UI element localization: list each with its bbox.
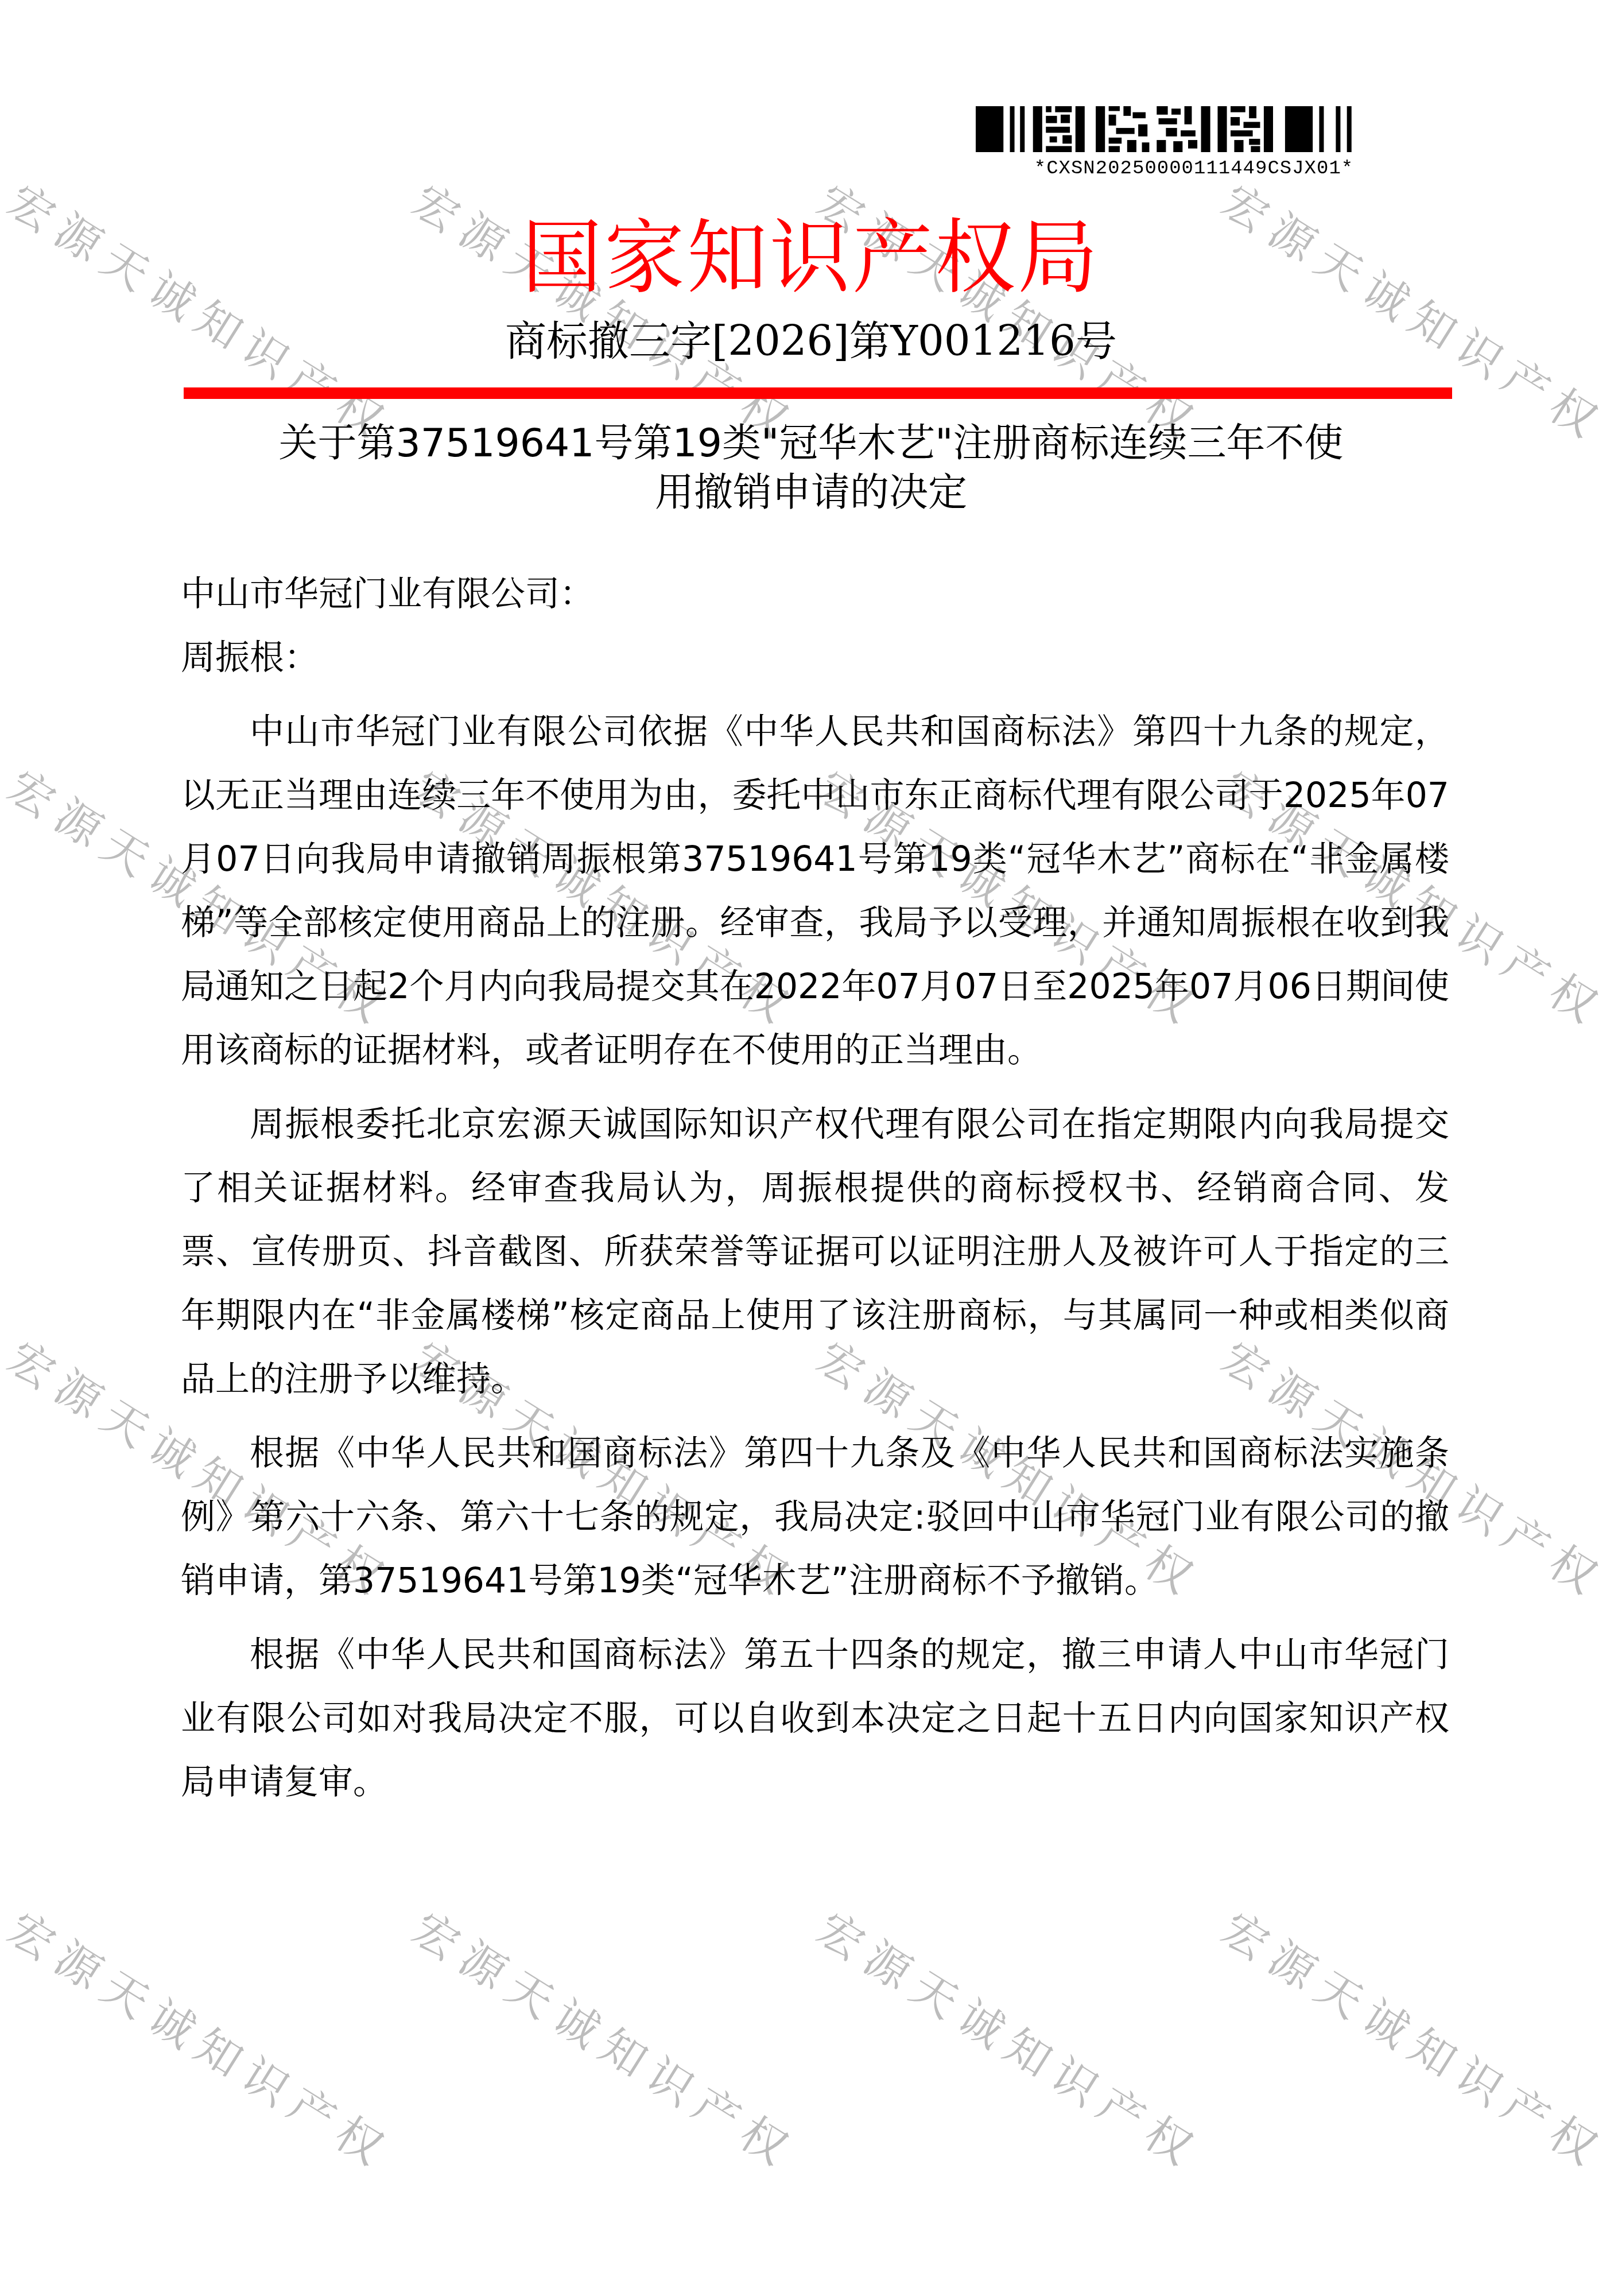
addressee-applicant: 中山市华冠门业有限公司： — [181, 563, 1449, 626]
barcode-number: *CXSN20250000111449CSJX01* — [976, 158, 1412, 180]
watermark: 宏源天诚知识产权 — [0, 166, 405, 455]
document-number: 商标撤三字[2026]第Y001216号 — [0, 320, 1622, 362]
document-body: 中山市华冠门业有限公司： 周振根： 中山市华冠门业有限公司依据《中华人民共和国商… — [181, 563, 1449, 1814]
watermark: 宏源天诚知识产权 — [0, 1894, 405, 2182]
watermark: 宏源天诚知识产权 — [807, 1894, 1215, 2182]
organization-title: 国家知识产权局 — [0, 218, 1622, 298]
watermark: 宏源天诚知识产权 — [807, 166, 1215, 455]
barcode — [976, 106, 1400, 152]
paragraph-background: 中山市华冠门业有限公司依据《中华人民共和国商标法》第四十九条的规定，以无正当理由… — [181, 700, 1449, 1083]
red-divider — [184, 387, 1452, 399]
paragraph-examination: 周振根委托北京宏源天诚国际知识产权代理有限公司在指定期限内向我局提交了相关证据材… — [181, 1093, 1449, 1411]
paragraph-appeal-notice: 根据《中华人民共和国商标法》第五十四条的规定，撤三申请人中山市华冠门业有限公司如… — [181, 1623, 1449, 1814]
subject-line-1: 关于第37519641号第19类"冠华木艺"注册商标连续三年不使 — [230, 419, 1392, 468]
subject-line-2: 用撤销申请的决定 — [230, 468, 1392, 518]
paragraph-decision: 根据《中华人民共和国商标法》第四十九条及《中华人民共和国商标法实施条例》第六十六… — [181, 1422, 1449, 1613]
document-subject: 关于第37519641号第19类"冠华木艺"注册商标连续三年不使 用撤销申请的决… — [230, 419, 1392, 518]
watermark: 宏源天诚知识产权 — [402, 1894, 810, 2182]
watermark: 宏源天诚知识产权 — [1212, 1894, 1620, 2182]
watermark: 宏源天诚知识产权 — [1212, 166, 1620, 455]
barcode-icon — [976, 106, 1400, 152]
addressee-registrant: 周振根： — [181, 626, 1449, 690]
watermark: 宏源天诚知识产权 — [402, 166, 810, 455]
